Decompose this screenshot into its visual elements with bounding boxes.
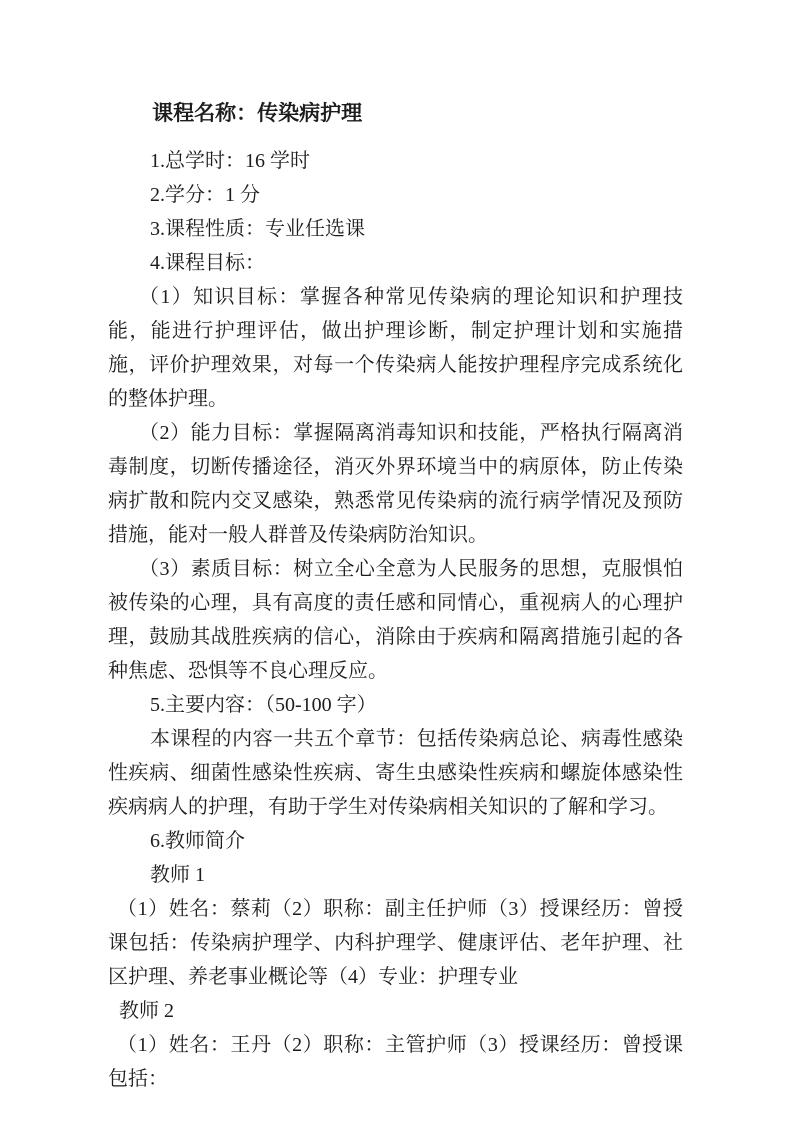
document-page: 课程名称：传染病护理 1.总学时：16 学时 2.学分：1 分 3.课程性质：专… <box>0 0 793 1122</box>
item-teacher-intro: 6.教师简介 <box>108 824 683 858</box>
item-course-objectives: 4.课程目标： <box>108 246 683 280</box>
teacher-2-heading: 教师 2 <box>108 994 683 1028</box>
objective-knowledge: （1）知识目标：掌握各种常见传染病的理论知识和护理技能，能进行护理评估，做出护理… <box>108 280 683 416</box>
item-total-hours: 1.总学时：16 学时 <box>108 144 683 178</box>
teacher-2-details: （1）姓名：王丹（2）职称：主管护师（3）授课经历：曾授课包括： <box>108 1028 683 1096</box>
teacher-1-details: （1）姓名：蔡莉（2）职称：副主任护师（3）授课经历：曾授课包括：传染病护理学、… <box>108 892 683 994</box>
objective-ability: （2）能力目标：掌握隔离消毒知识和技能，严格执行隔离消毒制度，切断传播途径，消灭… <box>108 416 683 552</box>
objective-quality: （3）素质目标：树立全心全意为人民服务的思想，克服惧怕被传染的心理，具有高度的责… <box>108 552 683 688</box>
document-content: 课程名称：传染病护理 1.总学时：16 学时 2.学分：1 分 3.课程性质：专… <box>108 96 683 1096</box>
main-content-description: 本课程的内容一共五个章节：包括传染病总论、病毒性感染性疾病、细菌性感染性疾病、寄… <box>108 722 683 824</box>
course-title: 课程名称：传染病护理 <box>108 96 683 130</box>
item-course-nature: 3.课程性质：专业任选课 <box>108 212 683 246</box>
item-credits: 2.学分：1 分 <box>108 178 683 212</box>
teacher-1-heading: 教师 1 <box>108 858 683 892</box>
item-main-content: 5.主要内容：（50-100 字） <box>108 688 683 722</box>
